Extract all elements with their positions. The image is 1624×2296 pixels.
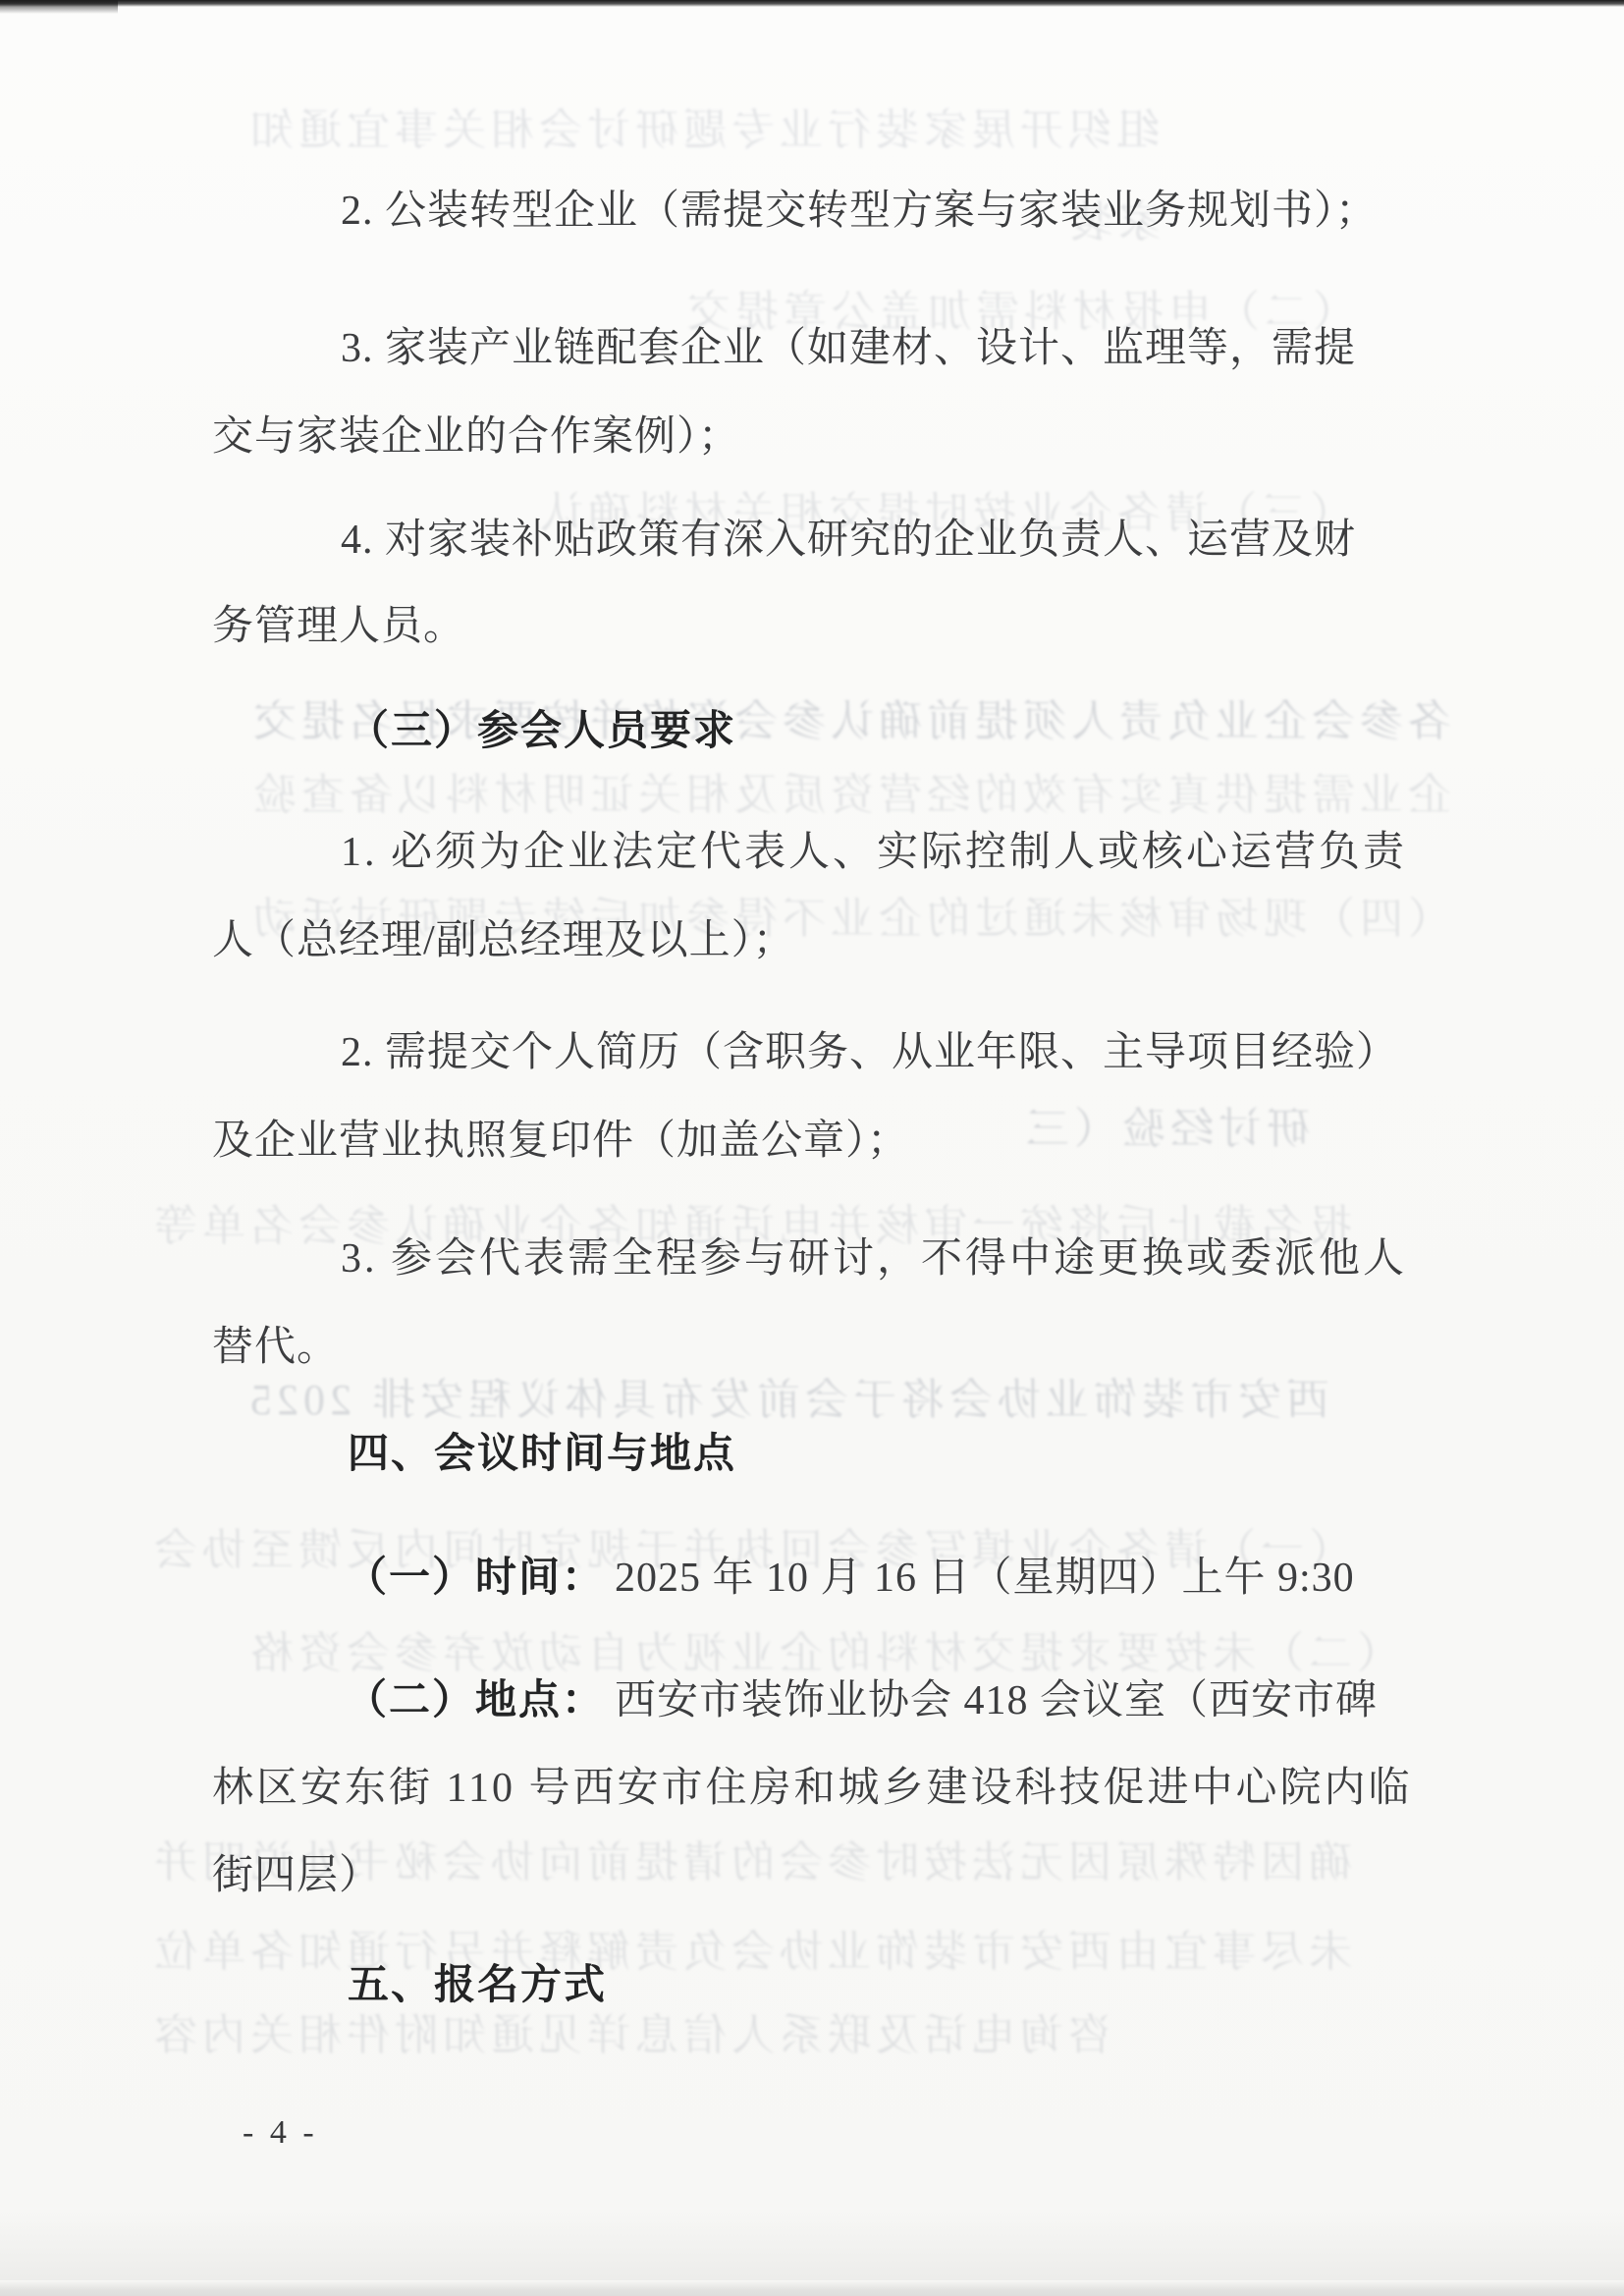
bleedthrough-line: 西安市装饰业协会将于会前发布具体议程安排 2025 [245,1364,1329,1427]
scan-top-left-edge [0,0,118,14]
document-line-place: （二）地点：西安市装饰业协会 418 会议室（西安市碑 [346,1671,1378,1729]
place-value: 西安市装饰业协会 418 会议室（西安市碑 [615,1678,1378,1723]
document-line: 3. 参会代表需全程参与研讨，不得中途更换或委派他人 [341,1230,1407,1287]
document-line: 林区安东街 110 号西安市住房和城乡建设科技促进中心院内临 [212,1760,1412,1817]
document-line-time: （一）时间：2025 年 10 月 16 日（星期四）上午 9:30 [346,1549,1355,1607]
page-number: - 4 - [243,2114,318,2152]
scan-bottom-shadow [0,2212,1624,2280]
time-value: 2025 年 10 月 16 日（星期四）上午 9:30 [615,1556,1355,1601]
scan-bottom-edge [0,2280,1624,2296]
document-line: 替代。 [212,1319,339,1376]
bleedthrough-line: 咨询电话及联系人信息详见通知附件相关内容 [149,1999,1111,2062]
document-line: 4. 对家装补贴政策有深入研究的企业负责人、运营及财 [341,512,1356,569]
document-line: 人（总经理/副总经理及以上）； [212,912,795,969]
bleedthrough-line: 企业需提供真实有效的经营资质及相关证明材料以备查验 [248,759,1451,822]
place-label: （二）地点： [346,1676,605,1722]
document-line: 2. 需提交个人简历（含职务、从业年限、主导项目经验） [341,1024,1398,1081]
bleedthrough-line: 未尽事宜由西安市装饰业协会负责解释并另行通知各单位 [149,1916,1352,1979]
document-line: 及企业营业执照复印件（加盖公章）； [212,1113,909,1170]
document-line: 1. 必须为企业法定代表人、实际控制人或核心运营负责 [341,824,1407,881]
document-line: 街四层） [212,1847,381,1904]
document-line: 交与家装企业的合作案例）； [212,409,740,465]
scan-top-edge [0,0,1624,7]
document-line: 2. 公装转型企业（需提交转型方案与家装业务规划书）； [341,183,1378,240]
scanned-document-page: 组织开展家装行业专题研讨会相关事宜通知 家装 （二）申报材料需加盖公章提交 （三… [0,0,1624,2296]
document-line: 3. 家装产业链配套企业（如建材、设计、监理等，需提 [341,320,1356,377]
document-line: 务管理人员。 [212,598,465,655]
section-heading-attendee-requirements: （三）参会人员要求 [348,702,736,759]
section-heading-meeting-time-place: 四、会议时间与地点 [348,1425,736,1482]
bleedthrough-line: 组织开展家装行业专题研讨会相关事宜通知 [245,94,1160,157]
bleedthrough-line: 研讨经验（三 [1021,1093,1310,1156]
time-label: （一）时间： [346,1554,605,1600]
section-heading-registration: 五、报名方式 [348,1956,607,2013]
